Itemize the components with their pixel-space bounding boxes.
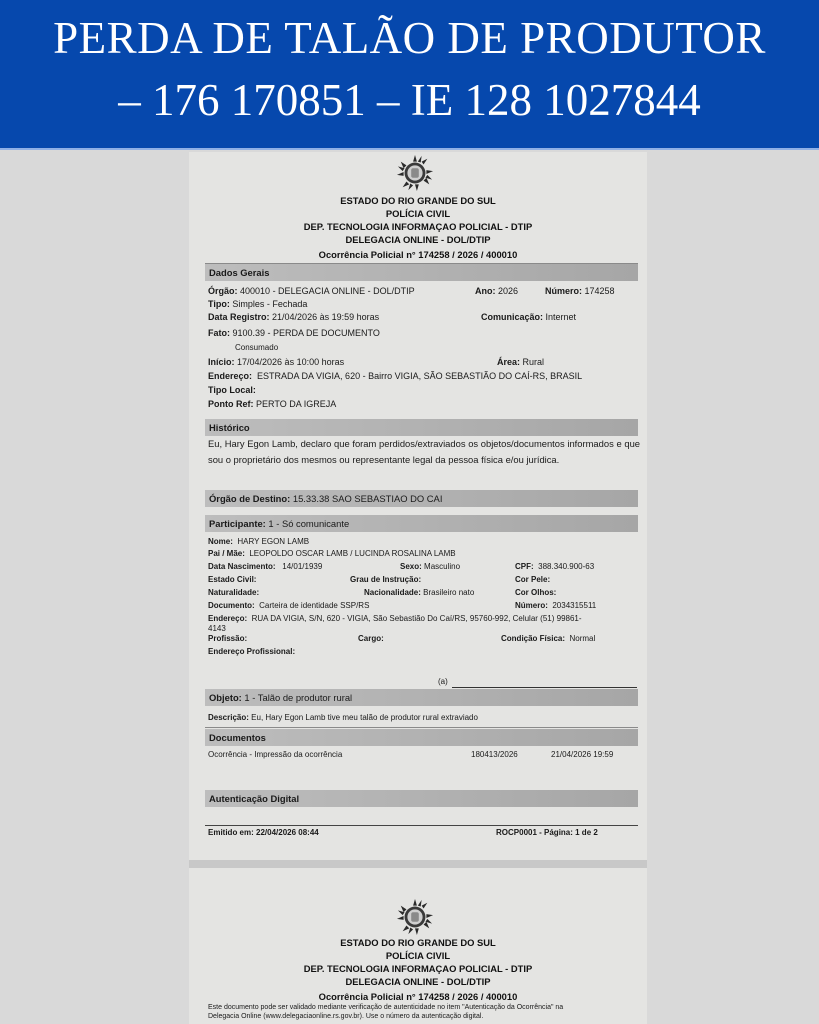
section-documentos: Documentos bbox=[205, 729, 638, 746]
section-dados-gerais: Dados Gerais bbox=[205, 264, 638, 281]
field-endereco-participante: Endereço: RUA DA VIGIA, S/N, 620 - VIGIA… bbox=[208, 614, 582, 623]
field-grau-instrucao: Grau de Instrução: bbox=[350, 575, 421, 584]
footer-divider bbox=[205, 825, 638, 826]
field-tipo-local: Tipo Local: bbox=[208, 385, 256, 395]
field-cargo: Cargo: bbox=[358, 634, 384, 643]
document-row-datetime: 21/04/2026 19:59 bbox=[551, 750, 613, 759]
field-data-registro: Data Registro: 21/04/2026 às 19:59 horas bbox=[208, 312, 379, 322]
field-nome: Nome: HARY EGON LAMB bbox=[208, 537, 309, 546]
validation-note-line1: Este documento pode ser validado mediant… bbox=[208, 1004, 563, 1011]
field-comunicacao: Comunicação: Internet bbox=[481, 312, 576, 322]
historico-text: Eu, Hary Egon Lamb, declaro que foram pe… bbox=[208, 436, 640, 468]
header-state: ESTADO DO RIO GRANDE DO SUL bbox=[189, 195, 647, 206]
field-area: Área: Rural bbox=[497, 357, 544, 367]
occurrence-number: Ocorrência Policial n° 174258 / 2026 / 4… bbox=[189, 249, 647, 260]
section-title: Dados Gerais bbox=[209, 267, 269, 278]
header-office: DELEGACIA ONLINE - DOL/DTIP bbox=[189, 976, 647, 987]
section-title: Documentos bbox=[209, 732, 266, 743]
document-row-number: 180413/2026 bbox=[471, 750, 518, 759]
field-nacionalidade: Nacionalidade: Brasileiro nato bbox=[364, 588, 474, 597]
field-endereco-cont: 4143 bbox=[208, 624, 226, 633]
field-data-nascimento: Data Nascimento: 14/01/1939 bbox=[208, 562, 322, 571]
field-orgao: Órgão: 400010 - DELEGACIA ONLINE - DOL/D… bbox=[208, 286, 415, 296]
field-estado-civil: Estado Civil: bbox=[208, 575, 256, 584]
header-department: DEP. TECNOLOGIA INFORMAÇAO POLICIAL - DT… bbox=[189, 221, 647, 232]
field-ponto-ref: Ponto Ref: PERTO DA IGREJA bbox=[208, 399, 336, 409]
field-profissao: Profissão: bbox=[208, 634, 247, 643]
title-banner: PERDA DE TALÃO DE PRODUTOR – 176 170851 … bbox=[0, 0, 819, 150]
signature-label: (a) bbox=[438, 677, 448, 686]
field-tipo: Tipo: Simples - Fechada bbox=[208, 299, 307, 309]
field-fato: Fato: 9100.39 - PERDA DE DOCUMENTO bbox=[208, 328, 380, 338]
header-state: ESTADO DO RIO GRANDE DO SUL bbox=[189, 937, 647, 948]
field-condicao-fisica: Condição Física: Normal bbox=[501, 634, 595, 643]
header-department: DEP. TECNOLOGIA INFORMAÇAO POLICIAL - DT… bbox=[189, 963, 647, 974]
field-sexo: Sexo: Masculino bbox=[400, 562, 460, 571]
footer-pagina: ROCP0001 - Página: 1 de 2 bbox=[496, 828, 598, 837]
rs-state-crest-icon bbox=[396, 898, 434, 936]
document-page-1: ESTADO DO RIO GRANDE DO SUL POLÍCIA CIVI… bbox=[189, 152, 647, 860]
header-police: POLÍCIA CIVIL bbox=[189, 208, 647, 219]
signature-line bbox=[452, 687, 637, 688]
field-inicio: Início: 17/04/2026 às 10:00 horas bbox=[208, 357, 344, 367]
section-orgao-destino: Órgão de Destino: 15.33.38 SAO SEBASTIAO… bbox=[205, 490, 638, 507]
field-descricao: Descrição: Eu, Hary Egon Lamb tive meu t… bbox=[208, 713, 478, 722]
field-doc-numero: Número: 2034315511 bbox=[515, 601, 596, 610]
banner-title: PERDA DE TALÃO DE PRODUTOR bbox=[0, 12, 819, 64]
section-objeto: Objeto: 1 - Talão de produtor rural bbox=[205, 689, 638, 706]
page-separator bbox=[189, 860, 647, 868]
field-pai-mae: Pai / Mãe: LEOPOLDO OSCAR LAMB / LUCINDA… bbox=[208, 549, 456, 558]
header-police: POLÍCIA CIVIL bbox=[189, 950, 647, 961]
footer-emitido: Emitido em: 22/04/2026 08:44 bbox=[208, 828, 319, 837]
field-naturalidade: Naturalidade: bbox=[208, 588, 259, 597]
section-title: Histórico bbox=[209, 422, 250, 433]
section-title: Autenticação Digital bbox=[209, 793, 299, 804]
field-ano: Ano: 2026 bbox=[475, 286, 518, 296]
document-row-name: Ocorrência - Impressão da ocorrência bbox=[208, 750, 342, 759]
rs-state-crest-icon bbox=[396, 154, 434, 192]
header-office: DELEGACIA ONLINE - DOL/DTIP bbox=[189, 234, 647, 245]
section-historico: Histórico bbox=[205, 419, 638, 436]
divider bbox=[205, 727, 638, 728]
field-cor-olhos: Cor Olhos: bbox=[515, 588, 556, 597]
field-fato-status: Consumado bbox=[235, 343, 278, 352]
document-page-2: ESTADO DO RIO GRANDE DO SUL POLÍCIA CIVI… bbox=[189, 868, 647, 1024]
field-numero: Número: 174258 bbox=[545, 286, 615, 296]
occurrence-number: Ocorrência Policial n° 174258 / 2026 / 4… bbox=[189, 991, 647, 1002]
banner-subtitle: – 176 170851 – IE 128 1027844 bbox=[0, 74, 819, 126]
section-autenticacao-digital: Autenticação Digital bbox=[205, 790, 638, 807]
field-documento: Documento: Carteira de identidade SSP/RS bbox=[208, 601, 369, 610]
field-cor-pele: Cor Pele: bbox=[515, 575, 550, 584]
section-participante: Participante: 1 - Só comunicante bbox=[205, 515, 638, 532]
field-endereco: Endereço: ESTRADA DA VIGIA, 620 - Bairro… bbox=[208, 371, 582, 381]
field-cpf: CPF: 388.340.900-63 bbox=[515, 562, 594, 571]
validation-note-line2: Delegacia Online (www.delegaciaonline.rs… bbox=[208, 1013, 483, 1020]
field-endereco-profissional: Endereço Profissional: bbox=[208, 647, 295, 656]
